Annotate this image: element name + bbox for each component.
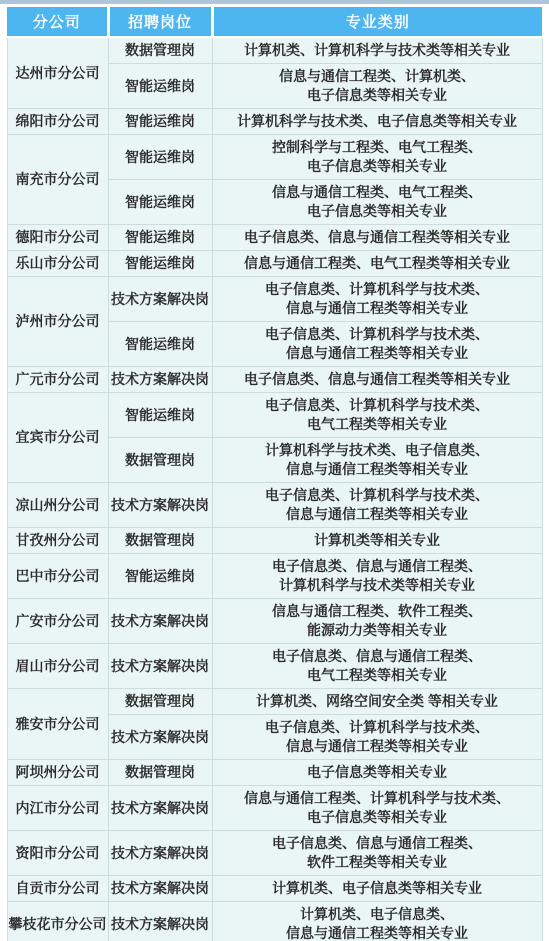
position-cell: 技术方案解决岗 [108,831,212,876]
table-row: 达州市分公司数据管理岗计算机类、计算机科学与技术类等相关专业 [7,37,542,64]
branch-cell: 德阳市分公司 [7,225,108,251]
position-cell: 数据管理岗 [108,689,212,715]
table-row: 自贡市分公司技术方案解决岗计算机类、电子信息类等相关专业 [7,876,542,902]
majors-cell: 计算机类、电子信息类等相关专业 [212,876,542,902]
table-row: 德阳市分公司智能运维岗电子信息类、信息与通信工程类等相关专业 [7,225,542,251]
majors-cell: 计算机类、计算机科学与技术类等相关专业 [212,37,542,64]
majors-cell: 电子信息类等相关专业 [212,760,542,786]
position-cell: 智能运维岗 [108,180,212,225]
branch-cell: 广安市分公司 [7,599,108,644]
majors-cell: 计算机科学与技术类、电子信息类、 信息与通信工程类等相关专业 [212,438,542,483]
majors-cell: 计算机类、电子信息类、 信息与通信工程类等相关专业 [212,902,542,941]
majors-cell: 电子信息类、信息与通信工程类、 电气工程类等相关专业 [212,644,542,689]
position-cell: 技术方案解决岗 [108,367,212,393]
column-header-position: 招聘岗位 [108,7,212,37]
majors-cell: 信息与通信工程类、电气工程类、 电子信息类等相关专业 [212,180,542,225]
table-row: 南充市分公司智能运维岗控制科学与工程类、电气工程类、 电子信息类等相关专业 [7,135,542,180]
branch-cell: 眉山市分公司 [7,644,108,689]
position-cell: 技术方案解决岗 [108,277,212,322]
branch-cell: 资阳市分公司 [7,831,108,876]
majors-cell: 电子信息类、计算机科学与技术类、 信息与通信工程类等相关专业 [212,483,542,528]
position-cell: 智能运维岗 [108,554,212,599]
majors-cell: 电子信息类、信息与通信工程类等相关专业 [212,367,542,393]
column-header-branch: 分公司 [7,7,108,37]
majors-cell: 计算机类等相关专业 [212,528,542,554]
position-cell: 数据管理岗 [108,37,212,64]
table-row: 资阳市分公司技术方案解决岗电子信息类、信息与通信工程类、 软件工程类等相关专业 [7,831,542,876]
majors-cell: 电子信息类、计算机科学与技术类、 信息与通信工程类等相关专业 [212,715,542,760]
branch-cell: 自贡市分公司 [7,876,108,902]
table-row: 泸州市分公司技术方案解决岗电子信息类、计算机科学与技术类、 信息与通信工程类等相… [7,277,542,322]
branch-cell: 乐山市分公司 [7,251,108,277]
majors-cell: 信息与通信工程类、计算机科学与技术类、 电子信息类等相关专业 [212,786,542,831]
majors-cell: 电子信息类、计算机科学与技术类、 信息与通信工程类等相关专业 [212,277,542,322]
branch-cell: 内江市分公司 [7,786,108,831]
table-row: 乐山市分公司智能运维岗信息与通信工程类、电气工程类等相关专业 [7,251,542,277]
majors-cell: 电子信息类、信息与通信工程类、 软件工程类等相关专业 [212,831,542,876]
position-cell: 智能运维岗 [108,109,212,135]
majors-cell: 信息与通信工程类、计算机类、 电子信息类等相关专业 [212,64,542,109]
table-row: 广元市分公司技术方案解决岗电子信息类、信息与通信工程类等相关专业 [7,367,542,393]
majors-cell: 电子信息类、信息与通信工程类等相关专业 [212,225,542,251]
branch-cell: 宜宾市分公司 [7,393,108,483]
majors-cell: 信息与通信工程类、软件工程类、 能源动力类等相关专业 [212,599,542,644]
position-cell: 技术方案解决岗 [108,599,212,644]
branch-cell: 阿坝州分公司 [7,760,108,786]
table-row: 雅安市分公司数据管理岗计算机类、网络空间安全类 等相关专业 [7,689,542,715]
position-cell: 技术方案解决岗 [108,644,212,689]
position-cell: 智能运维岗 [108,393,212,438]
branch-cell: 甘孜州分公司 [7,528,108,554]
branch-cell: 达州市分公司 [7,37,108,109]
position-cell: 数据管理岗 [108,760,212,786]
recruitment-table: 分公司 招聘岗位 专业类别 达州市分公司数据管理岗计算机类、计算机科学与技术类等… [7,7,543,941]
position-cell: 智能运维岗 [108,64,212,109]
table-row: 宜宾市分公司智能运维岗电子信息类、计算机科学与技术类、 电气工程类等相关专业 [7,393,542,438]
position-cell: 技术方案解决岗 [108,483,212,528]
table-row: 阿坝州分公司数据管理岗电子信息类等相关专业 [7,760,542,786]
position-cell: 技术方案解决岗 [108,902,212,941]
table-row: 广安市分公司技术方案解决岗信息与通信工程类、软件工程类、 能源动力类等相关专业 [7,599,542,644]
table-row: 甘孜州分公司数据管理岗计算机类等相关专业 [7,528,542,554]
table-row: 巴中市分公司智能运维岗电子信息类、信息与通信工程类、 计算机科学与技术类等相关专… [7,554,542,599]
position-cell: 智能运维岗 [108,251,212,277]
majors-cell: 计算机科学与技术类、电子信息类等相关专业 [212,109,542,135]
position-cell: 智能运维岗 [108,135,212,180]
position-cell: 技术方案解决岗 [108,715,212,760]
table-body: 达州市分公司数据管理岗计算机类、计算机科学与技术类等相关专业智能运维岗信息与通信… [7,37,542,941]
majors-cell: 电子信息类、计算机科学与技术类、 电气工程类等相关专业 [212,393,542,438]
position-cell: 数据管理岗 [108,528,212,554]
branch-cell: 雅安市分公司 [7,689,108,760]
table-row: 眉山市分公司技术方案解决岗电子信息类、信息与通信工程类、 电气工程类等相关专业 [7,644,542,689]
branch-cell: 攀枝花市分公司 [7,902,108,941]
branch-cell: 广元市分公司 [7,367,108,393]
position-cell: 数据管理岗 [108,438,212,483]
position-cell: 技术方案解决岗 [108,876,212,902]
page: 分公司 招聘岗位 专业类别 达州市分公司数据管理岗计算机类、计算机科学与技术类等… [0,0,549,941]
majors-cell: 计算机类、网络空间安全类 等相关专业 [212,689,542,715]
majors-cell: 信息与通信工程类、电气工程类等相关专业 [212,251,542,277]
branch-cell: 泸州市分公司 [7,277,108,367]
table-row: 内江市分公司技术方案解决岗信息与通信工程类、计算机科学与技术类、 电子信息类等相… [7,786,542,831]
branch-cell: 绵阳市分公司 [7,109,108,135]
majors-cell: 电子信息类、计算机科学与技术类、 信息与通信工程类等相关专业 [212,322,542,367]
majors-cell: 控制科学与工程类、电气工程类、 电子信息类等相关专业 [212,135,542,180]
table-row: 攀枝花市分公司技术方案解决岗计算机类、电子信息类、 信息与通信工程类等相关专业 [7,902,542,941]
header-row: 分公司 招聘岗位 专业类别 [7,7,542,37]
top-edge-strip [0,0,549,4]
branch-cell: 凉山州分公司 [7,483,108,528]
branch-cell: 南充市分公司 [7,135,108,225]
table-header: 分公司 招聘岗位 专业类别 [7,7,542,37]
position-cell: 智能运维岗 [108,225,212,251]
position-cell: 技术方案解决岗 [108,786,212,831]
column-header-majors: 专业类别 [212,7,542,37]
position-cell: 智能运维岗 [108,322,212,367]
table-row: 凉山州分公司技术方案解决岗电子信息类、计算机科学与技术类、 信息与通信工程类等相… [7,483,542,528]
table-row: 绵阳市分公司智能运维岗计算机科学与技术类、电子信息类等相关专业 [7,109,542,135]
majors-cell: 电子信息类、信息与通信工程类、 计算机科学与技术类等相关专业 [212,554,542,599]
branch-cell: 巴中市分公司 [7,554,108,599]
